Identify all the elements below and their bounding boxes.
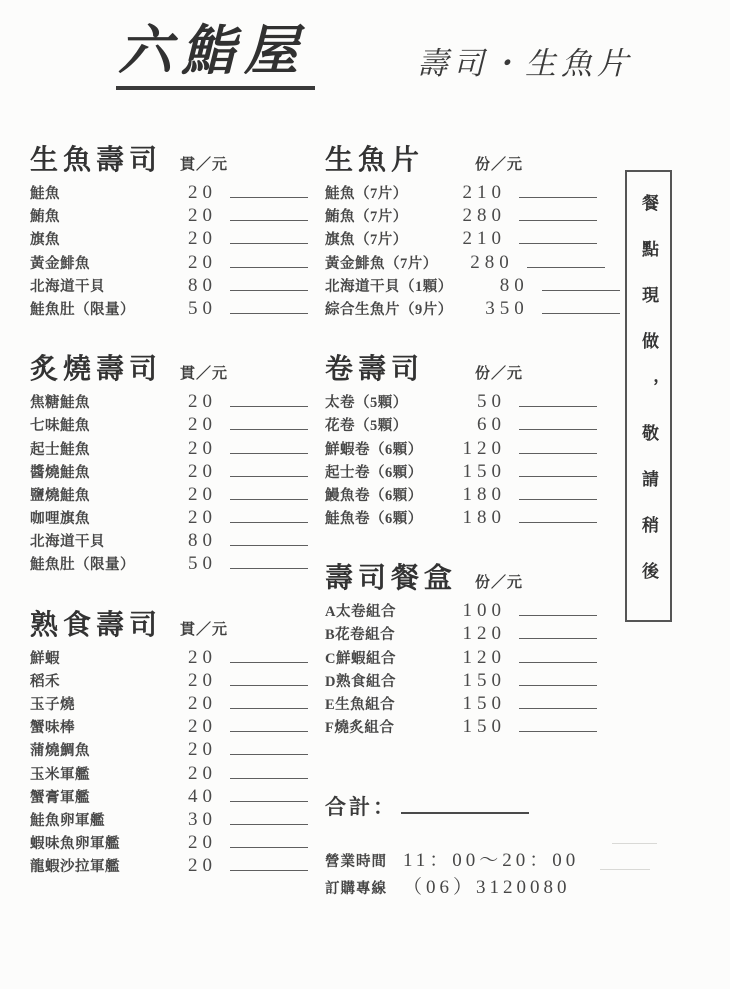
menu-section-sashimi: 生魚片份／元鮭魚（7片）210鮪魚（7片）280旗魚（7片）210黃金鯡魚（7片… xyxy=(325,138,597,321)
menu-item-price: 20 xyxy=(141,647,217,669)
menu-item-name: 七味鮭魚 xyxy=(30,414,141,435)
menu-section-raw-sushi: 生魚壽司貫／元鮭魚20鮪魚20旗魚20黃金鯡魚20北海道干貝80鮭魚肚（限量）5… xyxy=(30,138,308,321)
tally-blank-line xyxy=(519,717,597,732)
menu-section-roll-sushi: 卷壽司份／元太卷（5顆）50花卷（5顆）60鮮蝦卷（6顆）120起士卷（6顆）1… xyxy=(325,347,597,530)
section-unit-label: 貫／元 xyxy=(180,618,228,639)
menu-item-name: 醬燒鮭魚 xyxy=(30,461,141,482)
menu-item-name: 黃金鯡魚 xyxy=(30,252,141,273)
menu-item-name: 蝦味魚卵軍艦 xyxy=(30,832,141,853)
menu-item-row: 鮭魚肚（限量）50 xyxy=(30,553,308,576)
menu-item-name: 鮭魚卷（6顆） xyxy=(325,507,430,528)
menu-item-row: 北海道干貝（1顆）80 xyxy=(325,275,597,298)
tally-blank-line xyxy=(519,671,597,686)
menu-item-price: 120 xyxy=(430,438,506,460)
menu-item-price: 20 xyxy=(141,182,217,204)
menu-item-price: 20 xyxy=(141,739,217,761)
notice-box: 餐點現做，敬請稍後 xyxy=(625,170,672,622)
tally-blank-line xyxy=(230,764,308,779)
section-unit-label: 份／元 xyxy=(475,362,523,383)
scan-artifact-line xyxy=(600,869,650,870)
menu-item-row: 蟹膏軍艦40 xyxy=(30,786,308,809)
total-blank-line xyxy=(401,796,529,814)
menu-item-name: 綜合生魚片（9片） xyxy=(325,298,453,319)
tally-blank-line xyxy=(542,276,620,291)
menu-item-name: 鮮蝦 xyxy=(30,647,141,668)
tally-blank-line xyxy=(230,183,308,198)
menu-item-price: 120 xyxy=(430,647,506,669)
menu-item-row: 七味鮭魚20 xyxy=(30,414,308,437)
section-header: 生魚片份／元 xyxy=(325,138,597,180)
tally-blank-line xyxy=(230,392,308,407)
tally-blank-line xyxy=(230,299,308,314)
menu-item-row: 鮪魚20 xyxy=(30,205,308,228)
menu-item-name: 北海道干貝 xyxy=(30,275,141,296)
menu-item-row: 旗魚（7片）210 xyxy=(325,228,597,251)
tally-blank-line xyxy=(230,206,308,221)
tally-blank-line xyxy=(519,439,597,454)
menu-item-name: 咖哩旗魚 xyxy=(30,507,141,528)
menu-item-price: 150 xyxy=(430,670,506,692)
section-title: 炙燒壽司 xyxy=(30,347,180,387)
scan-artifact-line xyxy=(612,843,657,844)
menu-item-row: 鰻魚卷（6顆）180 xyxy=(325,484,597,507)
tally-blank-line xyxy=(230,485,308,500)
tally-blank-line xyxy=(230,694,308,709)
menu-item-row: A太卷組合100 xyxy=(325,600,597,623)
tally-blank-line xyxy=(519,183,597,198)
menu-item-price: 20 xyxy=(141,716,217,738)
menu-item-row: 綜合生魚片（9片）350 xyxy=(325,298,597,321)
business-hours-value: 11：00～20：00 xyxy=(403,845,579,872)
menu-item-name: 鮮蝦卷（6顆） xyxy=(325,438,430,459)
menu-item-row: 龍蝦沙拉軍艦20 xyxy=(30,855,308,878)
right-sections: 生魚片份／元鮭魚（7片）210鮪魚（7片）280旗魚（7片）210黃金鯡魚（7片… xyxy=(325,138,597,739)
menu-item-name: 鮭魚 xyxy=(30,182,141,203)
menu-item-price: 20 xyxy=(141,438,217,460)
menu-item-price: 30 xyxy=(141,809,217,831)
menu-column-left: 生魚壽司貫／元鮭魚20鮪魚20旗魚20黃金鯡魚20北海道干貝80鮭魚肚（限量）5… xyxy=(30,138,308,879)
menu-item-price: 20 xyxy=(141,693,217,715)
section-header: 壽司餐盒份／元 xyxy=(325,556,597,598)
tally-blank-line xyxy=(230,439,308,454)
order-phone-value: （06）3120080 xyxy=(403,872,571,899)
section-title: 熟食壽司 xyxy=(30,603,180,643)
menu-item-row: D熟食組合150 xyxy=(325,670,597,693)
section-unit-label: 貫／元 xyxy=(180,153,228,174)
menu-item-name: 焦糖鮭魚 xyxy=(30,391,141,412)
tally-blank-line xyxy=(230,810,308,825)
restaurant-name: 六鮨屋 xyxy=(116,22,315,90)
menu-section-seared-sushi: 炙燒壽司貫／元焦糖鮭魚20七味鮭魚20起士鮭魚20醬燒鮭魚20鹽燒鮭魚20咖哩旗… xyxy=(30,347,308,577)
menu-item-price: 50 xyxy=(141,553,217,575)
menu-item-price: 20 xyxy=(141,832,217,854)
menu-item-row: 鮭魚肚（限量）50 xyxy=(30,298,308,321)
tally-blank-line xyxy=(230,253,308,268)
menu-page: 六鮨屋 壽司・生魚片 生魚壽司貫／元鮭魚20鮪魚20旗魚20黃金鯡魚20北海道干… xyxy=(0,0,730,989)
menu-item-price: 20 xyxy=(141,670,217,692)
menu-item-row: 玉米軍艦20 xyxy=(30,763,308,786)
menu-item-name: 稻禾 xyxy=(30,670,141,691)
menu-item-row: 北海道干貝80 xyxy=(30,275,308,298)
business-hours-label: 營業時間 xyxy=(325,850,403,871)
menu-item-price: 150 xyxy=(430,461,506,483)
menu-item-row: 玉子燒20 xyxy=(30,693,308,716)
menu-item-price: 20 xyxy=(141,252,217,274)
menu-item-price: 20 xyxy=(141,763,217,785)
menu-item-price: 210 xyxy=(430,182,506,204)
menu-item-row: 蒲燒鯛魚20 xyxy=(30,739,308,762)
menu-item-name: 北海道干貝 xyxy=(30,530,141,551)
tally-blank-line xyxy=(230,856,308,871)
menu-item-name: 鮪魚 xyxy=(30,205,141,226)
tally-blank-line xyxy=(230,740,308,755)
menu-item-name: 鮭魚肚（限量） xyxy=(30,298,141,319)
menu-item-row: 鮮蝦20 xyxy=(30,647,308,670)
tally-blank-line xyxy=(542,299,620,314)
menu-item-price: 150 xyxy=(430,693,506,715)
menu-item-row: 鮭魚卷（6顆）180 xyxy=(325,507,597,530)
menu-item-row: 醬燒鮭魚20 xyxy=(30,461,308,484)
menu-item-price: 180 xyxy=(430,507,506,529)
menu-item-row: 黃金鯡魚（7片）280 xyxy=(325,252,597,275)
tally-blank-line xyxy=(230,833,308,848)
menu-item-name: 黃金鯡魚（7片） xyxy=(325,252,438,273)
menu-item-price: 20 xyxy=(141,205,217,227)
menu-item-name: D熟食組合 xyxy=(325,670,430,691)
menu-item-name: 鮭魚（7片） xyxy=(325,182,430,203)
menu-item-row: F燒炙組合150 xyxy=(325,716,597,739)
page-header: 六鮨屋 壽司・生魚片 xyxy=(116,22,633,90)
menu-item-row: 鹽燒鮭魚20 xyxy=(30,484,308,507)
menu-item-price: 60 xyxy=(430,414,506,436)
menu-item-row: 花卷（5顆）60 xyxy=(325,414,597,437)
tally-blank-line xyxy=(519,601,597,616)
menu-item-price: 20 xyxy=(141,391,217,413)
menu-item-price: 20 xyxy=(141,855,217,877)
section-title: 壽司餐盒 xyxy=(325,556,475,596)
tally-blank-line xyxy=(519,648,597,663)
menu-item-row: 咖哩旗魚20 xyxy=(30,507,308,530)
section-header: 卷壽司份／元 xyxy=(325,347,597,389)
tally-blank-line xyxy=(519,624,597,639)
menu-item-name: 起士卷（6顆） xyxy=(325,461,430,482)
menu-item-row: 起士鮭魚20 xyxy=(30,438,308,461)
menu-item-price: 80 xyxy=(141,275,217,297)
menu-item-row: 稻禾20 xyxy=(30,670,308,693)
menu-item-row: B花卷組合120 xyxy=(325,623,597,646)
menu-item-name: A太卷組合 xyxy=(325,600,430,621)
tally-blank-line xyxy=(519,462,597,477)
menu-item-price: 50 xyxy=(141,298,217,320)
tally-blank-line xyxy=(230,276,308,291)
menu-item-name: 旗魚 xyxy=(30,228,141,249)
tally-blank-line xyxy=(230,787,308,802)
tally-blank-line xyxy=(519,392,597,407)
menu-section-cooked-sushi: 熟食壽司貫／元鮮蝦20稻禾20玉子燒20蟹味棒20蒲燒鯛魚20玉米軍艦20蟹膏軍… xyxy=(30,603,308,879)
menu-item-name: 龍蝦沙拉軍艦 xyxy=(30,855,141,876)
menu-item-row: 北海道干貝80 xyxy=(30,530,308,553)
section-header: 熟食壽司貫／元 xyxy=(30,603,308,645)
section-title: 卷壽司 xyxy=(325,347,475,387)
menu-item-price: 80 xyxy=(141,530,217,552)
menu-item-name: 鮭魚肚（限量） xyxy=(30,553,141,574)
section-title: 生魚壽司 xyxy=(30,138,180,178)
tally-blank-line xyxy=(519,206,597,221)
menu-item-row: 起士卷（6顆）150 xyxy=(325,461,597,484)
section-unit-label: 份／元 xyxy=(475,153,523,174)
section-title: 生魚片 xyxy=(325,138,475,178)
menu-item-price: 40 xyxy=(141,786,217,808)
menu-item-price: 180 xyxy=(430,484,506,506)
tally-blank-line xyxy=(230,648,308,663)
section-unit-label: 份／元 xyxy=(475,571,523,592)
tally-blank-line xyxy=(230,554,308,569)
menu-item-row: 太卷（5顆）50 xyxy=(325,391,597,414)
contact-footer: 營業時間 11：00～20：00 訂購專線 （06）3120080 xyxy=(325,845,597,899)
menu-item-name: 鹽燒鮭魚 xyxy=(30,484,141,505)
menu-item-price: 280 xyxy=(438,252,514,274)
menu-item-name: 太卷（5顆） xyxy=(325,391,430,412)
menu-item-row: 旗魚20 xyxy=(30,228,308,251)
menu-item-price: 50 xyxy=(430,391,506,413)
menu-item-price: 350 xyxy=(453,298,529,320)
menu-item-price: 100 xyxy=(430,600,506,622)
menu-item-name: 玉米軍艦 xyxy=(30,763,141,784)
menu-item-price: 20 xyxy=(141,507,217,529)
menu-item-row: 鮭魚20 xyxy=(30,182,308,205)
tally-blank-line xyxy=(519,508,597,523)
menu-subtitle: 壽司・生魚片 xyxy=(417,38,633,90)
order-phone-row: 訂購專線 （06）3120080 xyxy=(325,872,597,899)
tally-blank-line xyxy=(519,694,597,709)
tally-blank-line xyxy=(230,229,308,244)
menu-item-name: 鰻魚卷（6顆） xyxy=(325,484,430,505)
tally-blank-line xyxy=(230,671,308,686)
business-hours-row: 營業時間 11：00～20：00 xyxy=(325,845,597,872)
menu-item-row: 黃金鯡魚20 xyxy=(30,252,308,275)
menu-item-row: 蟹味棒20 xyxy=(30,716,308,739)
menu-item-row: 鮮蝦卷（6顆）120 xyxy=(325,438,597,461)
menu-item-row: 鮭魚卵軍艦30 xyxy=(30,809,308,832)
menu-item-name: C鮮蝦組合 xyxy=(325,647,430,668)
tally-blank-line xyxy=(519,485,597,500)
menu-item-price: 20 xyxy=(141,228,217,250)
section-header: 生魚壽司貫／元 xyxy=(30,138,308,180)
menu-item-name: E生魚組合 xyxy=(325,693,430,714)
menu-item-row: 鮭魚（7片）210 xyxy=(325,182,597,205)
menu-item-price: 210 xyxy=(430,228,506,250)
menu-item-row: C鮮蝦組合120 xyxy=(325,647,597,670)
menu-item-price: 20 xyxy=(141,461,217,483)
menu-item-name: 鮪魚（7片） xyxy=(325,205,430,226)
menu-item-price: 20 xyxy=(141,484,217,506)
menu-item-name: 起士鮭魚 xyxy=(30,438,141,459)
menu-item-price: 120 xyxy=(430,623,506,645)
total-label: 合計： xyxy=(325,791,397,821)
section-unit-label: 貫／元 xyxy=(180,362,228,383)
tally-blank-line xyxy=(519,229,597,244)
tally-blank-line xyxy=(519,415,597,430)
menu-item-name: 北海道干貝（1顆） xyxy=(325,275,453,296)
menu-item-price: 20 xyxy=(141,414,217,436)
menu-column-right: 生魚片份／元鮭魚（7片）210鮪魚（7片）280旗魚（7片）210黃金鯡魚（7片… xyxy=(325,138,597,899)
menu-item-price: 150 xyxy=(430,716,506,738)
menu-item-name: B花卷組合 xyxy=(325,623,430,644)
tally-blank-line xyxy=(230,415,308,430)
menu-item-price: 280 xyxy=(430,205,506,227)
menu-item-name: 玉子燒 xyxy=(30,693,141,714)
menu-item-price: 80 xyxy=(453,275,529,297)
menu-section-sushi-box: 壽司餐盒份／元A太卷組合100B花卷組合120C鮮蝦組合120D熟食組合150E… xyxy=(325,556,597,739)
tally-blank-line xyxy=(230,717,308,732)
menu-item-name: F燒炙組合 xyxy=(325,716,430,737)
notice-text: 餐點現做，敬請稍後 xyxy=(636,172,661,620)
tally-blank-line xyxy=(527,253,605,268)
menu-item-row: E生魚組合150 xyxy=(325,693,597,716)
menu-item-name: 花卷（5顆） xyxy=(325,414,430,435)
menu-item-name: 旗魚（7片） xyxy=(325,228,430,249)
order-phone-label: 訂購專線 xyxy=(325,877,403,898)
total-row: 合計： xyxy=(325,791,597,821)
menu-item-name: 蟹膏軍艦 xyxy=(30,786,141,807)
tally-blank-line xyxy=(230,462,308,477)
tally-blank-line xyxy=(230,531,308,546)
menu-item-name: 鮭魚卵軍艦 xyxy=(30,809,141,830)
section-header: 炙燒壽司貫／元 xyxy=(30,347,308,389)
menu-item-row: 鮪魚（7片）280 xyxy=(325,205,597,228)
menu-item-name: 蟹味棒 xyxy=(30,716,141,737)
menu-item-row: 蝦味魚卵軍艦20 xyxy=(30,832,308,855)
menu-item-row: 焦糖鮭魚20 xyxy=(30,391,308,414)
tally-blank-line xyxy=(230,508,308,523)
menu-item-name: 蒲燒鯛魚 xyxy=(30,739,141,760)
